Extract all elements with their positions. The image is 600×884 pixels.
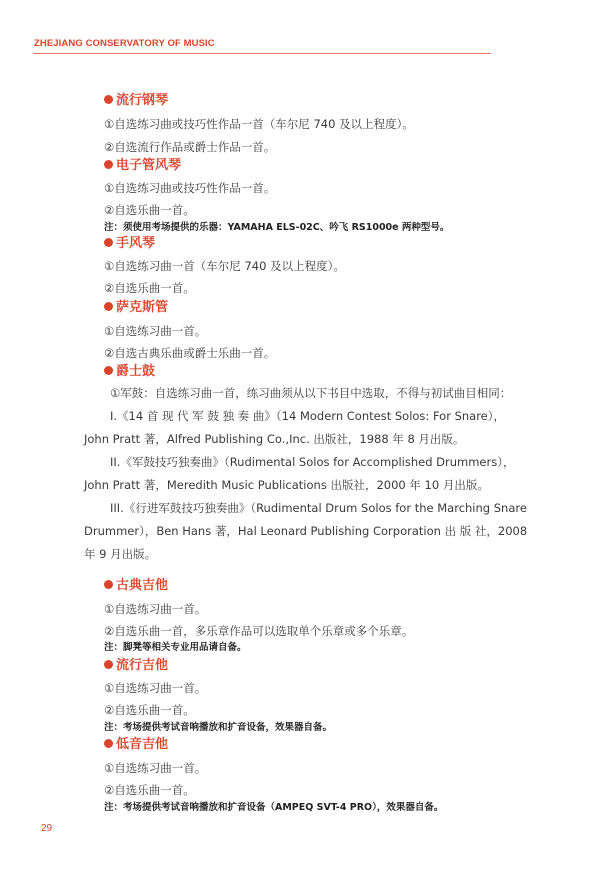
section-title: 古典吉他	[116, 578, 168, 593]
bullet-icon	[104, 302, 113, 311]
bullet-icon	[104, 238, 113, 247]
section-heading: 萨克斯管	[104, 300, 168, 316]
list-item: ①自选练习曲一首。	[104, 761, 206, 775]
list-item: ①自选练习曲或技巧性作品一首（车尔尼 740 及以上程度）。	[104, 117, 414, 131]
list-item: John Pratt 著，Meredith Music Publications…	[84, 478, 489, 492]
section-title: 电子管风琴	[116, 158, 181, 173]
section-title: 低音吉他	[116, 737, 168, 752]
section-title: 手风琴	[116, 236, 155, 251]
section-heading: 手风琴	[104, 236, 155, 252]
list-item: ①军鼓：自选练习曲一首，练习曲须从以下书目中选取，不得与初试曲目相同：	[110, 386, 511, 400]
section-title: 流行钢琴	[116, 93, 168, 108]
list-item: ①自选练习曲或技巧性作品一首。	[104, 181, 275, 195]
section-heading: 古典吉他	[104, 578, 168, 594]
list-item: II.《军鼓技巧独奏曲》（Rudimental Solos for Accomp…	[110, 455, 514, 469]
list-item: ②自选乐曲一首。	[104, 203, 195, 217]
list-item: 年 9 月出版。	[84, 547, 156, 561]
list-item: ①自选练习曲一首。	[104, 681, 206, 695]
list-item: ①自选练习曲一首。	[104, 602, 206, 616]
section-heading: 流行吉他	[104, 658, 168, 674]
section-heading: 电子管风琴	[104, 158, 181, 174]
list-item: I.《14 首 现 代 军 鼓 独 奏 曲》（14 Modern Contest…	[110, 409, 505, 423]
section-title: 流行吉他	[116, 658, 168, 673]
bullet-icon	[104, 739, 113, 748]
section-heading: 低音吉他	[104, 737, 168, 753]
bullet-icon	[104, 160, 113, 169]
section-note: 注：须使用考场提供的乐器：YAMAHA ELS-02C、吟飞 RS1000e 两…	[104, 222, 449, 234]
section-heading: 爵士鼓	[104, 364, 155, 380]
section-title: 爵士鼓	[116, 364, 155, 379]
list-item: John Pratt 著，Alfred Publishing Co.,Inc. …	[84, 432, 464, 446]
list-item: ②自选乐曲一首，多乐章作品可以选取单个乐章或多个乐章。	[104, 624, 413, 638]
running-header: ZHEJIANG CONSERVATORY OF MUSIC	[34, 38, 215, 49]
list-item: ②自选流行作品或爵士作品一首。	[104, 140, 275, 154]
section-note: 注：脚凳等相关专业用品请自备。	[104, 642, 247, 654]
list-item: ②自选乐曲一首。	[104, 703, 195, 717]
section-note: 注：考场提供考试音响播放和扩音设备，效果器自备。	[104, 722, 332, 734]
list-item: ②自选乐曲一首。	[104, 783, 195, 797]
bullet-icon	[104, 660, 113, 669]
bullet-icon	[104, 580, 113, 589]
list-item: ①自选练习曲一首（车尔尼 740 及以上程度）。	[104, 259, 345, 273]
list-item: Drummer），Ben Hans 著，Hal Leonard Publishi…	[84, 524, 527, 538]
bullet-icon	[104, 366, 113, 375]
list-item: ②自选古典乐曲或爵士乐曲一首。	[104, 346, 275, 360]
section-note: 注：考场提供考试音响播放和扩音设备（AMPEQ SVT-4 PRO），效果器自备…	[104, 802, 443, 814]
list-item: ②自选乐曲一首。	[104, 281, 195, 295]
list-item: III.《行进军鼓技巧独奏曲》（Rudimental Drum Solos fo…	[110, 501, 527, 515]
page-number: 29	[41, 823, 52, 834]
list-item: ①自选练习曲一首。	[104, 324, 206, 338]
header-divider	[33, 53, 491, 54]
section-heading: 流行钢琴	[104, 93, 168, 109]
bullet-icon	[104, 95, 113, 104]
section-title: 萨克斯管	[116, 300, 168, 315]
